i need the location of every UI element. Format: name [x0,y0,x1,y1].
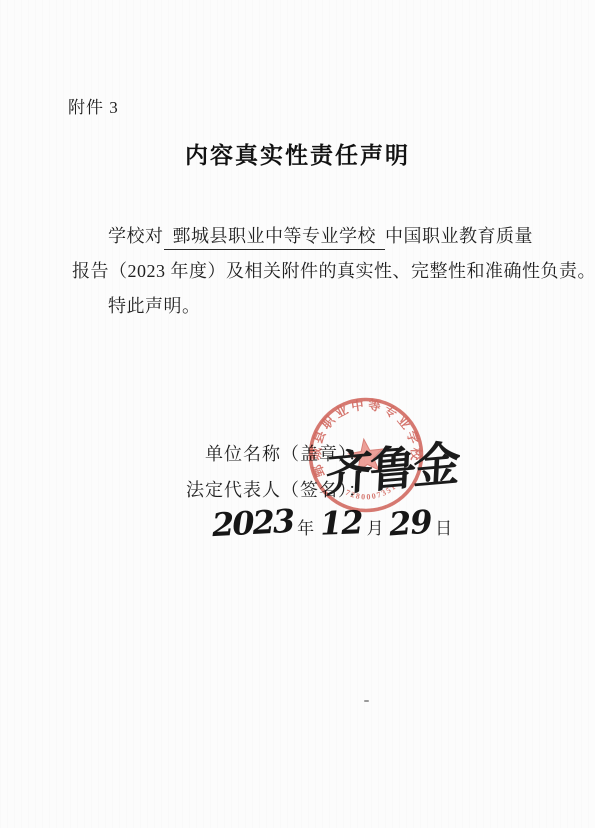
handwritten-signature: 齐鲁金 [324,426,459,505]
statement-line-2: 报告（2023 年度）及相关附件的真实性、完整性和准确性负责。 [72,254,595,289]
statement-paragraph: 学校对鄄城县职业中等专业学校中国职业教育质量 报告（2023 年度）及相关附件的… [72,219,595,324]
attachment-label: 附件 3 [68,93,119,118]
statement-lead: 学校对 [108,226,164,246]
handwritten-year: 2023 [211,502,294,544]
scan-artifact-speck [364,700,369,702]
document-title: 内容真实性责任声明 [0,137,595,170]
statement-line-1: 学校对鄄城县职业中等专业学校中国职业教育质量 [72,219,595,254]
statement-line-3: 特此声明。 [72,289,595,324]
statement-line2-text: 报告（2023 年度）及相关附件的真实性、完整性和准确性负责。 [72,261,595,281]
statement-line1-tail: 中国职业教育质量 [385,226,533,246]
statement-line3-text: 特此声明。 [108,296,201,316]
school-name-blank: 鄄城县职业中等专业学校 [164,223,386,250]
document-page: 附件 3 内容真实性责任声明 学校对鄄城县职业中等专业学校中国职业教育质量 报告… [0,0,595,828]
